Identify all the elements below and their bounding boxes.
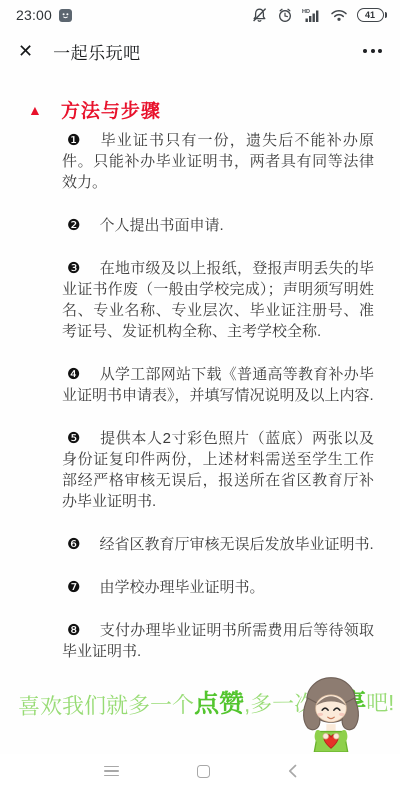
steps-list: ❶毕业证书只有一份，遗失后不能补办原件。只能补办毕业证明书，两者具有同等法律效力… <box>0 130 400 662</box>
cta-segment: 喜欢我们就多一个 <box>18 692 194 719</box>
alarm-clock-icon <box>277 7 293 23</box>
step-text: 由学校办理毕业证明书。 <box>99 579 264 596</box>
android-nav-bar <box>0 754 400 788</box>
status-bar: 23:00 HD <box>0 0 400 30</box>
cta-segment: 吧! <box>366 690 394 715</box>
notification-app-icon <box>59 9 72 22</box>
status-time: 23:00 <box>16 7 52 23</box>
step-text: 在地市级及以上报纸，登报声明丢失的毕业证书作废（一般由学校完成）；声明须写明姓名… <box>62 260 374 340</box>
step-bullet: ❶ <box>67 132 82 149</box>
step-bullet: ❼ <box>67 579 80 596</box>
step-text: 经省区教育厅审核无误后发放毕业证明书. <box>99 536 373 553</box>
close-icon[interactable]: ✕ <box>18 42 33 60</box>
step-bullet: ❻ <box>67 536 80 553</box>
step-bullet: ❺ <box>67 430 81 447</box>
phone-screen: 23:00 HD <box>0 0 400 788</box>
step-bullet: ❸ <box>67 260 81 277</box>
step-text: 毕业证书只有一份，遗失后不能补办原件。只能补办毕业证明书，两者具有同等法律效力。 <box>62 132 374 191</box>
step-item: ❻经省区教育厅审核无误后发放毕业证明书. <box>62 534 374 555</box>
wifi-icon <box>330 8 348 22</box>
heading-marker-icon: ▲ <box>28 103 42 117</box>
svg-text:HD: HD <box>302 9 310 15</box>
article-content: ▲ 方法与步骤 ❶毕业证书只有一份，遗失后不能补办原件。只能补办毕业证明书，两者… <box>0 72 400 754</box>
step-item: ❹从学工部网站下载《普通高等教育补办毕业证明书申请表》，并填写情况说明及以上内容… <box>62 364 374 406</box>
step-text: 支付办理毕业证明书所需费用后等待领取毕业证明书. <box>62 622 374 660</box>
title-bar: ✕ 一起乐玩吧 <box>0 30 400 72</box>
step-text: 个人提出书面申请. <box>99 217 223 234</box>
battery-icon: 41 <box>357 8 388 22</box>
step-item: ❷个人提出书面申请. <box>62 215 374 236</box>
step-bullet: ❽ <box>67 622 81 639</box>
more-options-icon[interactable] <box>353 43 382 59</box>
cta-segment-like: 点赞 <box>194 690 244 719</box>
bell-muted-icon <box>251 7 268 23</box>
signal-strength-icon: HD <box>302 7 321 23</box>
page-title: 一起乐玩吧 <box>53 39 353 64</box>
step-item: ❺提供本人2寸彩色照片（蓝底）两张以及身份证复印件两份，上述材料需送至学生工作部… <box>62 428 374 512</box>
step-item: ❼由学校办理毕业证明书。 <box>62 577 374 598</box>
step-item: ❸在地市级及以上报纸，登报声明丢失的毕业证书作废（一般由学校完成）；声明须写明姓… <box>62 258 374 342</box>
section-heading: 方法与步骤 <box>61 96 161 123</box>
recents-icon <box>104 766 119 777</box>
step-text: 提供本人2寸彩色照片（蓝底）两张以及身份证复印件两份，上述材料需送至学生工作部经… <box>62 430 374 510</box>
step-bullet: ❷ <box>67 217 80 234</box>
back-icon <box>288 764 297 778</box>
recents-button[interactable] <box>100 762 123 781</box>
girl-heart-illustration <box>293 674 369 752</box>
home-icon <box>197 765 210 778</box>
battery-percent: 41 <box>365 10 375 20</box>
home-button[interactable] <box>193 761 214 782</box>
step-item: ❽支付办理毕业证明书所需费用后等待领取毕业证明书. <box>62 620 374 662</box>
step-text: 从学工部网站下载《普通高等教育补办毕业证明书申请表》，并填写情况说明及以上内容. <box>62 366 374 404</box>
back-button[interactable] <box>284 760 301 782</box>
step-bullet: ❹ <box>67 366 81 383</box>
step-item: ❶毕业证书只有一份，遗失后不能补办原件。只能补办毕业证明书，两者具有同等法律效力… <box>62 130 374 193</box>
section-heading-row: ▲ 方法与步骤 <box>0 96 400 123</box>
